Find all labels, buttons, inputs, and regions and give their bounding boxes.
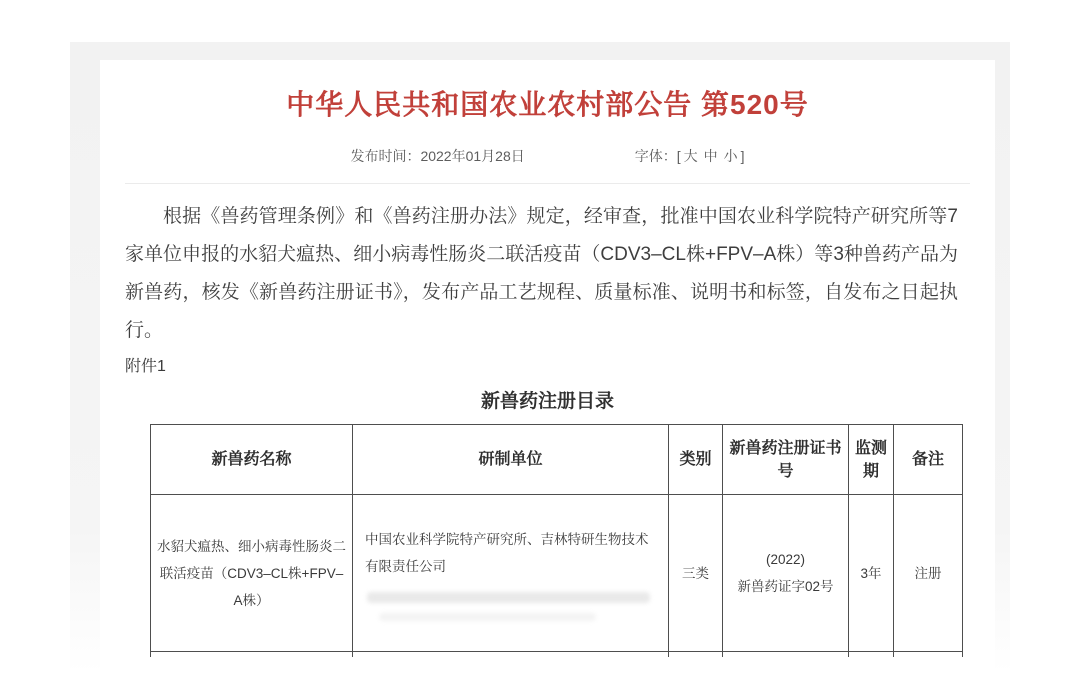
table-row: 水貂犬瘟热、细小病毒性肠炎二联活疫苗（CDV3–CL株+FPV–A株） 中国农业… <box>151 495 963 652</box>
cell-drug-name: 水貂犬瘟热、细小病毒性肠炎二联活疫苗（CDV3–CL株+FPV–A株） <box>151 495 353 652</box>
attachment-label: 附件1 <box>125 356 995 378</box>
registry-table-header: 新兽药名称 研制单位 类别 新兽药注册证书号 监测期 备注 <box>151 425 963 495</box>
header-divider <box>125 183 970 184</box>
header-category: 类别 <box>669 425 723 495</box>
next-row-stub <box>151 652 963 657</box>
document-page: 中华人民共和国农业农村部公告 第520号 发布时间：2022年01月28日 字体… <box>100 60 995 692</box>
header-row: 新兽药名称 研制单位 类别 新兽药注册证书号 监测期 备注 <box>151 425 963 495</box>
header-cert-no: 新兽药注册证书号 <box>723 425 849 495</box>
cell-category: 三类 <box>669 495 723 652</box>
font-size-label: 字体： <box>635 148 677 164</box>
cert-no-line2: 新兽药证字02号 <box>729 573 842 600</box>
header-remark: 备注 <box>894 425 963 495</box>
redaction-smudge <box>379 613 596 621</box>
registry-table: 新兽药名称 研制单位 类别 新兽药注册证书号 监测期 备注 水貂犬瘟热、细小病毒… <box>150 424 963 657</box>
publish-time-label: 发布时间： <box>350 148 420 164</box>
announcement-title: 中华人民共和国农业农村部公告 第520号 <box>100 86 995 124</box>
font-size-large[interactable]: 大 <box>684 148 698 164</box>
font-size-selector: 字体：[大中小] <box>635 146 745 166</box>
header-monitoring: 监测期 <box>849 425 894 495</box>
font-size-medium[interactable]: 中 <box>704 148 718 164</box>
cell-developer: 中国农业科学院特产研究所、吉林特研生物技术有限责任公司 <box>353 495 669 652</box>
cell-monitoring-period: 3年 <box>849 495 894 652</box>
cell-cert-no: (2022) 新兽药证字02号 <box>723 495 849 652</box>
cert-no-line1: (2022) <box>729 546 842 573</box>
font-size-bracket-left: [ <box>677 148 681 164</box>
redaction-smudge <box>367 592 650 603</box>
header-developer: 研制单位 <box>353 425 669 495</box>
page-viewport: 中华人民共和国农业农村部公告 第520号 发布时间：2022年01月28日 字体… <box>0 0 1080 692</box>
publish-time: 发布时间：2022年01月28日 <box>350 146 524 166</box>
font-size-bracket-right: ] <box>741 148 745 164</box>
table-title: 新兽药注册目录 <box>100 390 995 414</box>
meta-row: 发布时间：2022年01月28日 字体：[大中小] <box>100 146 995 166</box>
cell-remark: 注册 <box>894 495 963 652</box>
developer-text: 中国农业科学院特产研究所、吉林特研生物技术有限责任公司 <box>365 526 656 580</box>
font-size-small[interactable]: 小 <box>724 148 738 164</box>
announcement-body-paragraph: 根据《兽药管理条例》和《兽药注册办法》规定，经审查，批准中国农业科学院特产研究所… <box>125 198 958 350</box>
header-name: 新兽药名称 <box>151 425 353 495</box>
publish-time-value: 2022年01月28日 <box>420 148 524 164</box>
